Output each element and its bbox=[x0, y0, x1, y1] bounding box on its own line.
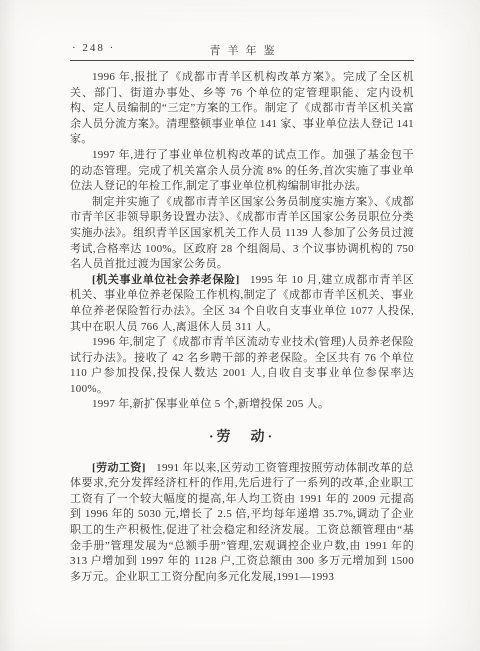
paragraph-text: 1991 年以来,区劳动工资管理按照劳动体制改革的总体要求,充分发挥经济杠杆的作… bbox=[70, 462, 414, 583]
paragraph-1997-pension: 1997 年,新扩保事业单位 5 个,新增投保 205 人。 bbox=[70, 397, 414, 413]
paragraph-text: 1997 年,新扩保事业单位 5 个,新增投保 205 人。 bbox=[92, 398, 329, 410]
paragraph-pension-insurance: [机关事业单位社会养老保险]1995 年 10 月,建立成都市青羊区机关、事业单… bbox=[70, 273, 414, 335]
entry-heading-labor-wages: [劳动工资] bbox=[92, 462, 146, 474]
paragraph-text: 1996 年,制定了《成都市青羊区流动专业技术(管理)人员养老保险试行办法》。接… bbox=[70, 336, 414, 395]
paragraph-text: 1997 年,进行了事业单位机构改革的试点工作。加强了基金包干的动态管理。完成了… bbox=[70, 149, 414, 192]
entry-heading-pension: [机关事业单位社会养老保险] bbox=[92, 274, 240, 286]
section-title-labor: ·劳 动· bbox=[70, 430, 414, 446]
paragraph-labor-wages: [劳动工资]1991 年以来,区劳动工资管理按照劳动体制改革的总体要求,充分发挥… bbox=[70, 461, 414, 586]
book-title: 青羊年鉴 bbox=[70, 42, 414, 58]
document-page: · 248 · 青羊年鉴 1996 年,报批了《成都市青羊区机构改革方案》。完成… bbox=[0, 0, 480, 651]
paragraph-text: 1996 年,报批了《成都市青羊区机构改革方案》。完成了全区机关、部门、街道办事… bbox=[70, 71, 414, 145]
paragraph-civil-servant: 制定并实施了《成都市青羊区国家公务员制度实施方案》、《成都市青羊区非领导职务设置… bbox=[70, 195, 414, 273]
paragraph-text: 制定并实施了《成都市青羊区国家公务员制度实施方案》、《成都市青羊区非领导职务设置… bbox=[70, 196, 414, 270]
page-body: 1996 年,报批了《成都市青羊区机构改革方案》。完成了全区机关、部门、街道办事… bbox=[70, 70, 414, 585]
page-header: · 248 · 青羊年鉴 bbox=[70, 42, 414, 58]
paragraph-1996-pension: 1996 年,制定了《成都市青羊区流动专业技术(管理)人员养老保险试行办法》。接… bbox=[70, 335, 414, 397]
paragraph-1996-reform: 1996 年,报批了《成都市青羊区机构改革方案》。完成了全区机关、部门、街道办事… bbox=[70, 70, 414, 148]
paragraph-1997-pilot: 1997 年,进行了事业单位机构改革的试点工作。加强了基金包干的动态管理。完成了… bbox=[70, 148, 414, 195]
header-rule bbox=[70, 60, 414, 61]
